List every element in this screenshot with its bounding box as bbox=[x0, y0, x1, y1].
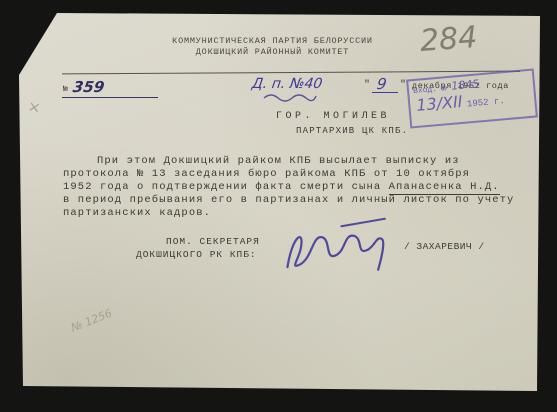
body-line-3: 1952 года о подтверждении факта смерти с… bbox=[63, 181, 500, 193]
stamp-date-year: 1952 г. bbox=[467, 96, 506, 109]
archive-folio-number: 284 bbox=[419, 20, 479, 59]
deceased-name-underlined: Апанасенка Н.Д. bbox=[389, 181, 500, 195]
number-underline bbox=[62, 97, 158, 98]
scanned-letter-page: КОММУНИСТИЧЕСКАЯ ПАРТИЯ БЕЛОРУССИИ ДОКШИ… bbox=[0, 0, 557, 412]
letterhead-line1: КОММУНИСТИЧЕСКАЯ ПАРТИЯ БЕЛОРУССИИ bbox=[120, 36, 425, 46]
body-line-4: в период пребывания его в партизанах и л… bbox=[63, 194, 514, 206]
letterhead-divider bbox=[62, 71, 520, 75]
incoming-registration-stamp: Вход. № 1845 13/ХII 1952 г. bbox=[406, 69, 538, 129]
addressee-city: ГОР. МОГИЛЕВ bbox=[276, 111, 390, 122]
signer-name-typed: / ЗАХАРЕВИЧ / bbox=[404, 241, 485, 252]
body-line-3-text: 1952 года о подтверждении факта смерти с… bbox=[63, 181, 389, 193]
date-open-quote: " bbox=[364, 80, 370, 91]
pencil-archive-note: № 1256 bbox=[69, 306, 114, 334]
letterhead-line2: ДОКШИЦКИЙ РАЙОННЫЙ КОМИТЕТ bbox=[120, 47, 425, 57]
outgoing-number-label: № bbox=[63, 85, 68, 94]
date-close-quote: " bbox=[400, 80, 406, 91]
signature-autograph bbox=[277, 218, 394, 283]
date-day-underline bbox=[372, 92, 398, 93]
signer-title-line1: ПОМ. СЕКРЕТАРЯ bbox=[166, 236, 260, 247]
signer-title-line2: ДОКШИЦКОГО РК КПБ: bbox=[136, 249, 257, 260]
wavy-underline bbox=[262, 94, 318, 102]
addressee-organization: ПАРТАРХИВ ЦК КПБ. bbox=[296, 126, 408, 136]
pencil-mark: × bbox=[27, 97, 43, 117]
case-file-note: Д. п. №40 bbox=[251, 76, 324, 92]
date-day-handwritten: 9 bbox=[376, 75, 388, 93]
stamp-date-day: 13/ХII bbox=[416, 92, 464, 115]
body-line-5: партизанских кадров. bbox=[63, 207, 211, 219]
body-line-1: При этом Докшицкий райком КПБ высылает в… bbox=[97, 155, 460, 167]
outgoing-number-value: 359 bbox=[72, 78, 106, 96]
body-line-2: протокола № 13 заседания бюро райкома КП… bbox=[63, 168, 470, 180]
